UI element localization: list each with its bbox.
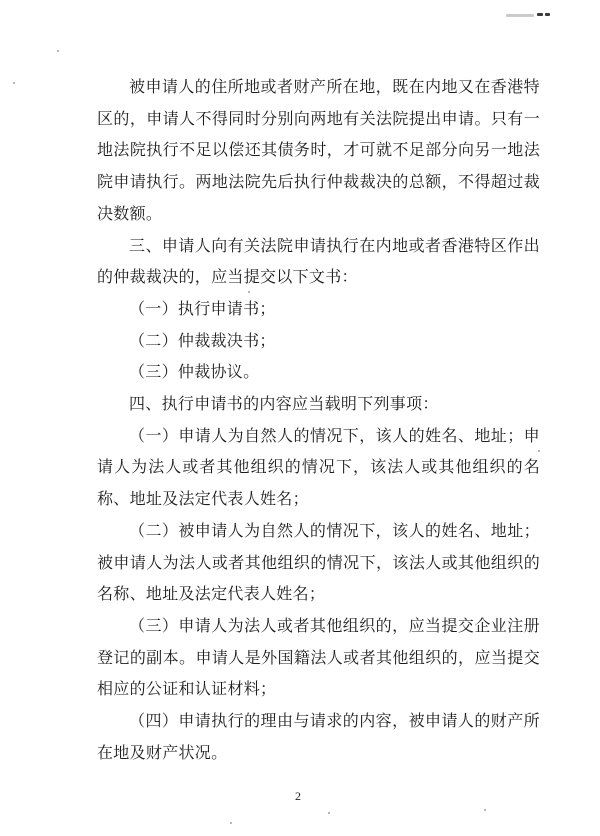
- scan-smudge: [506, 14, 534, 17]
- list-item-application-letter: （一）执行申请书；: [97, 294, 540, 326]
- page-number: 2: [0, 789, 596, 804]
- list-item-arbitral-award: （二）仲裁裁决书；: [97, 326, 540, 358]
- scan-speck: [57, 50, 59, 52]
- scanned-document-page: 被申请人的住所地或者财产所在地，既在内地又在香港特区的，申请人不得同时分别向两地…: [0, 0, 600, 836]
- scan-dash: [545, 13, 550, 16]
- list-item-arbitration-agreement: （三）仲裁协议。: [97, 357, 540, 389]
- paragraph-article-3: 三、申请人向有关法院申请执行在内地或者香港特区作出的仲裁裁决的，应当提交以下文书…: [97, 231, 540, 294]
- paragraph-cross-filing-rule: 被申请人的住所地或者财产所在地，既在内地又在香港特区的，申请人不得同时分别向两地…: [97, 72, 540, 231]
- paragraph-article-4: 四、执行申请书的内容应当载明下列事项：: [97, 389, 540, 421]
- scan-speck: [328, 812, 330, 814]
- scan-speck: [230, 822, 232, 824]
- document-body-text: 被申请人的住所地或者财产所在地，既在内地又在香港特区的，申请人不得同时分别向两地…: [97, 72, 540, 769]
- scan-dash: [537, 13, 543, 16]
- scan-speck: [13, 82, 15, 84]
- scan-speck: [484, 809, 486, 811]
- list-item-registration-copy: （三）申请人为法人或者其他组织的，应当提交企业注册登记的副本。申请人是外国籍法人…: [97, 611, 540, 706]
- list-item-enforcement-reasons: （四）申请执行的理由与请求的内容，被申请人的财产所在地及财产状况。: [97, 706, 540, 769]
- list-item-applicant-info: （一）申请人为自然人的情况下，该人的姓名、地址；申请人为法人或者其他组织的情况下…: [97, 421, 540, 516]
- list-item-respondent-info: （二）被申请人为自然人的情况下，该人的姓名、地址；被申请人为法人或者其他组织的情…: [97, 516, 540, 611]
